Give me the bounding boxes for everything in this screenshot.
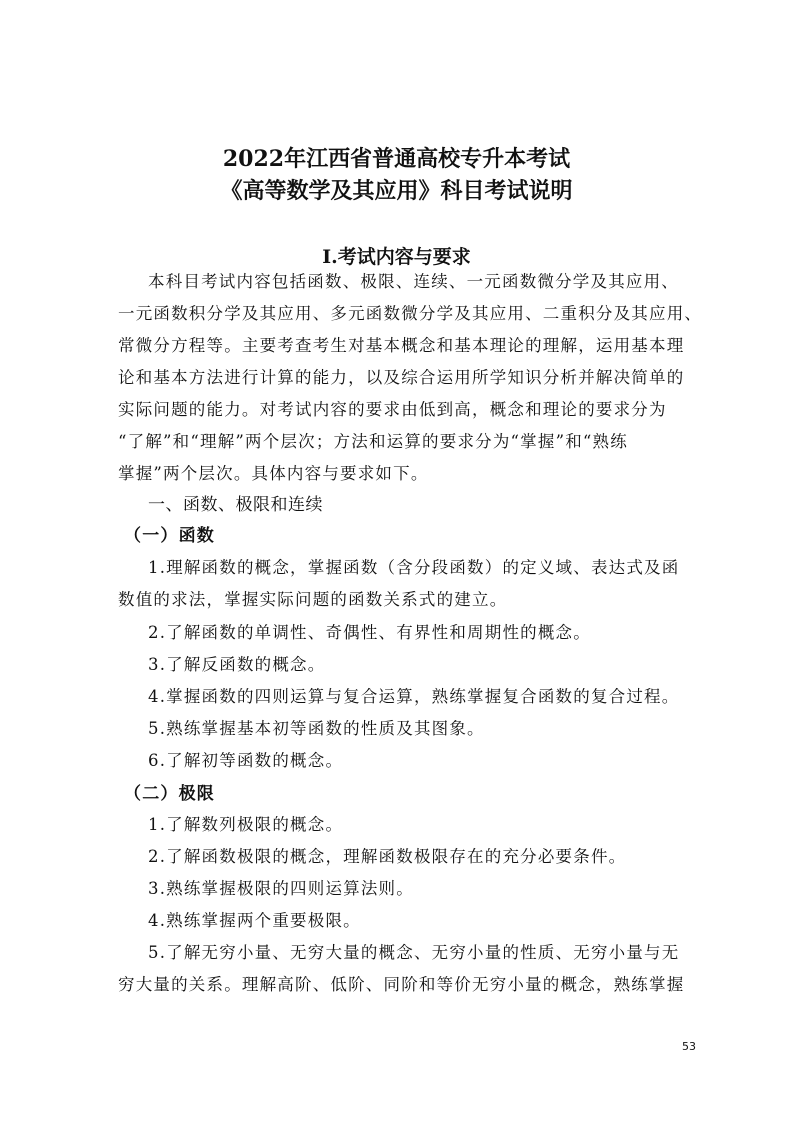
list-item: 1.理解函数的概念，掌握函数（含分段函数）的定义域、表达式及函 — [148, 554, 708, 578]
subsection-heading: （二）极限 — [124, 779, 684, 804]
list-item: 4.熟练掌握两个重要极限。 — [148, 907, 708, 931]
list-item: 2.了解函数极限的概念，理解函数极限存在的充分必要条件。 — [148, 843, 708, 867]
document-title-line1: 2022年江西省普通高校专升本考试 — [0, 142, 793, 173]
list-item: 2.了解函数的单调性、奇偶性、有界性和周期性的概念。 — [148, 619, 708, 643]
subsection-heading: （一）函数 — [124, 521, 684, 546]
intro-line: 一元函数积分学及其应用、多元函数微分学及其应用、二重积分及其应用、 — [118, 300, 678, 324]
list-item: 5.熟练掌握基本初等函数的性质及其图象。 — [148, 715, 708, 739]
page-number: 53 — [682, 1040, 696, 1053]
list-item: 1.了解数列极限的概念。 — [148, 811, 708, 835]
intro-line: “了解”和“理解”两个层次；方法和运算的要求分为“掌握”和“熟练 — [118, 428, 678, 452]
list-item: 穷大量的关系。理解高阶、低阶、同阶和等价无穷小量的概念，熟练掌握 — [118, 971, 678, 995]
list-item: 数值的求法，掌握实际问题的函数关系式的建立。 — [118, 586, 678, 610]
document-page: 2022年江西省普通高校专升本考试 《高等数学及其应用》科目考试说明 Ⅰ.考试内… — [0, 0, 793, 1122]
intro-line: 本科目考试内容包括函数、极限、连续、一元函数微分学及其应用、 — [148, 268, 708, 292]
intro-line: 常微分方程等。主要考查考生对基本概念和基本理论的理解，运用基本理 — [118, 332, 678, 356]
chapter-heading: 一、函数、极限和连续 — [148, 490, 708, 515]
list-item: 3.熟练掌握极限的四则运算法则。 — [148, 875, 708, 899]
intro-line: 掌握”两个层次。具体内容与要求如下。 — [118, 460, 678, 484]
list-item: 6.了解初等函数的概念。 — [148, 747, 708, 771]
list-item: 4.掌握函数的四则运算与复合运算，熟练掌握复合函数的复合过程。 — [148, 683, 708, 707]
document-title-line2: 《高等数学及其应用》科目考试说明 — [0, 174, 793, 205]
intro-line: 论和基本方法进行计算的能力，以及综合运用所学知识分析并解决简单的 — [118, 364, 678, 388]
section-title: Ⅰ.考试内容与要求 — [0, 242, 793, 269]
list-item: 3.了解反函数的概念。 — [148, 651, 708, 675]
list-item: 5.了解无穷小量、无穷大量的概念、无穷小量的性质、无穷小量与无 — [148, 939, 708, 963]
intro-line: 实际问题的能力。对考试内容的要求由低到高，概念和理论的要求分为 — [118, 396, 678, 420]
